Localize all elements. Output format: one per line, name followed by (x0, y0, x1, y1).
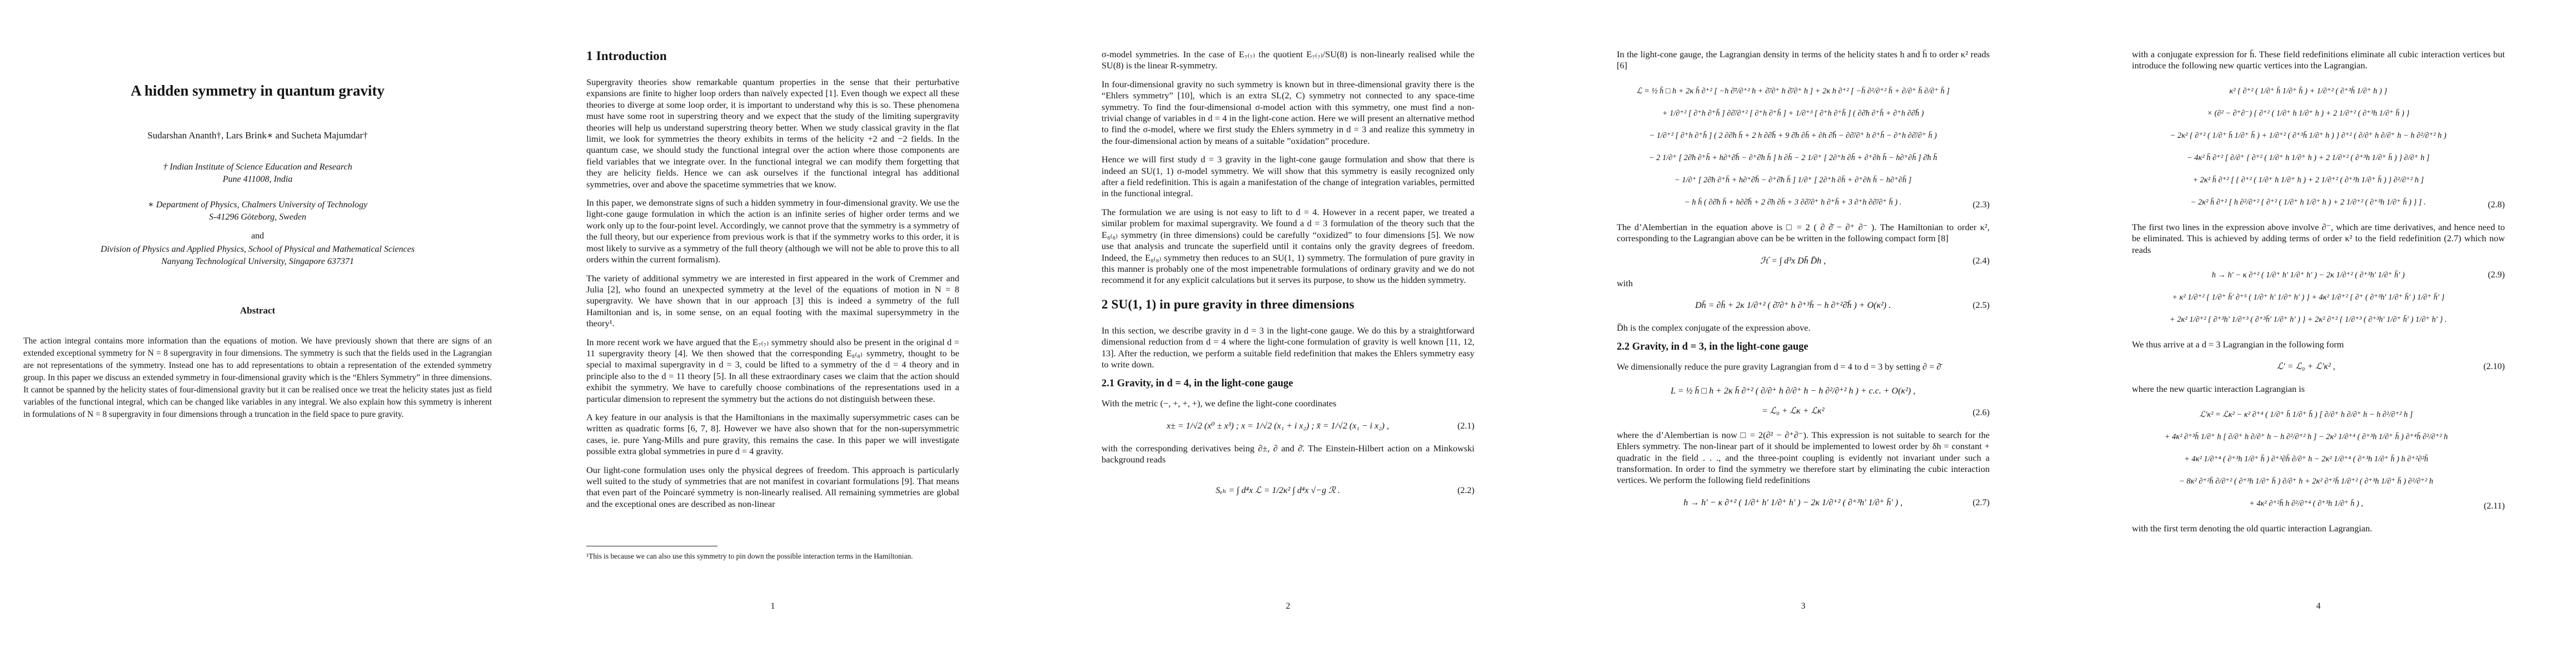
paragraph: Supergravity theories show remarkable qu… (586, 77, 959, 190)
page-title: A hidden symmetry in quantum gravity Sud… (0, 0, 515, 667)
page-section-2: σ-model symmetries. In the case of E₇₍₇₎… (1030, 0, 1546, 667)
paragraph: Our light-cone formulation uses only the… (586, 465, 959, 510)
paragraph: The d’Alembertian in the equation above … (1617, 222, 1990, 245)
paragraph: In the light-cone gauge, the Lagrangian … (1617, 49, 1990, 72)
affiliation-line: Pune 411008, India (0, 173, 515, 186)
abstract-heading: Abstract (0, 305, 515, 316)
paper-strip: arXiv:1808.02498v1 [hep-th] 7 Aug 2018 A… (0, 0, 2576, 667)
equation-body: κ² { ∂⁺² ( 1/∂⁺ h̄ 1/∂⁺ h̄ ) + 1/∂⁺² ( ∂… (2132, 80, 2484, 102)
paragraph: The variety of additional symmetry we ar… (586, 273, 959, 330)
paragraph: In this paper, we demonstrate signs of s… (586, 197, 959, 265)
paragraph: where the new quartic interaction Lagran… (2132, 384, 2505, 395)
equation-body: × (∂² − ∂⁺∂⁻) { ∂⁺² ( 1/∂⁺ h 1/∂⁺ h ) + … (2132, 102, 2484, 125)
equation-body: + 2κ² 1/∂⁺² { ∂⁺³h′ 1/∂⁺³ ( ∂⁺³h̄′ 1/∂⁺ … (2132, 308, 2484, 331)
affiliation-line: † Indian Institute of Science Education … (0, 161, 515, 173)
equation-body: + 1/∂⁺² [ ∂⁺h ∂⁺h̄ ] ∂∂̄/∂⁺² [ ∂⁺h ∂⁺h̄ … (1617, 102, 1969, 125)
paper-title: A hidden symmetry in quantum gravity (0, 82, 515, 99)
affiliation-line: S-41296 Göteborg, Sweden (0, 211, 515, 223)
equation-body: h → h′ − κ ∂⁺² ( 1/∂⁺ h′ 1/∂⁺ h′ ) − 2κ … (2132, 264, 2484, 286)
equation-2-11: ℒ′κ² = ℒκ² − κ² ∂⁺⁴ ( 1/∂⁺ h̄ 1/∂⁺ h̄ ) … (2132, 404, 2505, 515)
equation-body: + 4κ² ∂⁺³h̄ 1/∂⁺ h [ ∂/∂⁺ h ∂/∂⁺ h − h ∂… (2132, 426, 2480, 448)
equation-body: − 1/∂⁺ [ 2∂̄h ∂⁺h̄ + h∂⁺∂̄h̄ − ∂⁺∂̄h h̄ … (1617, 169, 1969, 191)
equation-2-6: L = ½ h̄ □ h + 2κ h̄ ∂⁺² ( ∂/∂⁺ h ∂/∂⁺ h… (1617, 381, 1990, 421)
page-number: 4 (2061, 601, 2576, 611)
equation-body: + κ² 1/∂⁺² { 1/∂⁺ h̄′ ∂⁺⁵ ( 1/∂⁺ h′ 1/∂⁺… (2132, 286, 2484, 308)
affiliation-line: Division of Physics and Applied Physics,… (0, 243, 515, 256)
paragraph: with a conjugate expression for h̄. Thes… (2132, 49, 2505, 72)
equation-number: (2.1) (1457, 418, 1474, 435)
equation-body: + 2κ² h̄ ∂⁺² [ { ∂⁺² ( 1/∂⁺ h 1/∂⁺ h ) +… (2132, 169, 2484, 191)
equation-body: Dh̄ = ∂h̄ + 2κ 1/∂⁺² ( ∂̄/∂⁺ h ∂⁺³h̄ − h… (1617, 297, 1969, 314)
abstract-text: The action integral contains more inform… (23, 335, 492, 421)
paragraph: We dimensionally reduce the pure gravity… (1617, 361, 1990, 372)
equation-number: (2.2) (1457, 482, 1474, 499)
equation-body: ℋ = ∫ d³x Dh̄ D̄h , (1617, 253, 1969, 270)
paragraph: A key feature in our analysis is that th… (586, 412, 959, 457)
affiliation-line: Nanyang Technological University, Singap… (0, 256, 515, 268)
equation-number: (2.3) (1972, 197, 1990, 213)
equation-body: Sₑₕ = ∫ d⁴x ℒ = 1/2κ² ∫ d⁴x √−g ℛ . (1102, 482, 1454, 499)
equation-2-8: κ² { ∂⁺² ( 1/∂⁺ h̄ 1/∂⁺ h̄ ) + 1/∂⁺² ( ∂… (2132, 80, 2505, 213)
equation-body: − 2 1/∂⁺ [ 2∂̄h ∂⁺h̄ + h∂⁺∂̄h̄ − ∂⁺∂̄h h… (1617, 147, 1969, 169)
paragraph: With the metric (−, +, +, +), we define … (1102, 398, 1474, 409)
affiliation-line: ∗ Department of Physics, Chalmers Univer… (0, 199, 515, 211)
equation-body: − 2κ² h̄ ∂⁺² [ h ∂²/∂⁺² { ∂⁺² ( 1/∂⁺ h 1… (2132, 191, 2484, 213)
page-quartic-vertices: with a conjugate expression for h̄. Thes… (2061, 0, 2576, 667)
equation-body: h → h′ − κ ∂⁺² ( 1/∂⁺ h′ 1/∂⁺ h′ ) − 2κ … (1617, 495, 1969, 511)
page-lagrangian: In the light-cone gauge, the Lagrangian … (1546, 0, 2061, 667)
paragraph: D̄h is the complex conjugate of the expr… (1617, 322, 1990, 333)
paragraph: σ-model symmetries. In the case of E₇₍₇₎… (1102, 49, 1474, 72)
equation-body: L = ½ h̄ □ h + 2κ h̄ ∂⁺² ( ∂/∂⁺ h ∂/∂⁺ h… (1617, 381, 1969, 401)
affiliation-chalmers: ∗ Department of Physics, Chalmers Univer… (0, 199, 515, 223)
equation-2-9: h → h′ − κ ∂⁺² ( 1/∂⁺ h′ 1/∂⁺ h′ ) − 2κ … (2132, 264, 2505, 331)
footnote-text: ¹This is because we can also use this sy… (586, 551, 959, 561)
equation-body: − h h̄ ( ∂∂̄h h̄ + h∂∂̄h̄ + 2 ∂̄h ∂h̄ + … (1617, 191, 1969, 213)
equation-2-7: h → h′ − κ ∂⁺² ( 1/∂⁺ h′ 1/∂⁺ h′ ) − 2κ … (1617, 495, 1990, 511)
affiliation-separator: and (0, 230, 515, 242)
equation-number: (2.5) (1972, 297, 1990, 314)
affiliation-ntu: Division of Physics and Applied Physics,… (0, 243, 515, 268)
equation-2-1: x± = 1/√2 (x⁰ ± x³) ; x = 1/√2 (x₁ + i x… (1102, 418, 1474, 435)
equation-2-2: Sₑₕ = ∫ d⁴x ℒ = 1/2κ² ∫ d⁴x √−g ℛ . (2.2… (1102, 482, 1474, 499)
subsection-2-2-heading: 2.2 Gravity, in d = 3, in the light-cone… (1617, 341, 1990, 353)
equation-number: (2.7) (1972, 495, 1990, 511)
page-number: 1 (515, 601, 1030, 611)
with-label: with (1617, 278, 1990, 289)
equation-number: (2.11) (2484, 498, 2505, 515)
equation-number: (2.4) (1972, 253, 1990, 270)
paragraph: In this section, we describe gravity in … (1102, 325, 1474, 371)
section-2-heading: 2 SU(1, 1) in pure gravity in three dime… (1102, 297, 1474, 312)
equation-body: − 2κ² { ∂⁺² ( 1/∂⁺ h̄ 1/∂⁺ h̄ ) + 1/∂⁺² … (2132, 125, 2484, 147)
equation-body: + 4κ² 1/∂⁺⁴ ( ∂⁺³h 1/∂⁺ h̄ ) ∂⁺³∂h̄ ∂/∂⁺… (2132, 448, 2480, 470)
page-number: 3 (1546, 601, 2061, 611)
section-1-heading: 1 Introduction (586, 49, 959, 63)
paragraph: In more recent work we have argued that … (586, 337, 959, 405)
equation-body: − 8κ² ∂⁺²h̄ ∂/∂⁺² ( ∂⁺³h 1/∂⁺ h̄ ) ∂/∂⁺ … (2132, 470, 2480, 492)
paragraph: with the corresponding derivatives being… (1102, 443, 1474, 466)
equation-2-4: ℋ = ∫ d³x Dh̄ D̄h , (2.4) (1617, 253, 1990, 270)
equation-number: (2.9) (2488, 264, 2505, 286)
page-number: 2 (1030, 601, 1546, 611)
equation-body: + 4κ² ∂⁺²h̄ h ∂²/∂⁺⁴ ( ∂⁺³h 1/∂⁺ h̄ ) , (2132, 492, 2480, 515)
equation-number: (2.8) (2488, 197, 2505, 213)
subsection-2-1-heading: 2.1 Gravity, in d = 4, in the light-cone… (1102, 378, 1474, 390)
paragraph: The formulation we are using is not easy… (1102, 207, 1474, 286)
authors-line: Sudarshan Ananth†, Lars Brink∗ and Suche… (0, 130, 515, 141)
paragraph: In four-dimensional gravity no such symm… (1102, 79, 1474, 147)
paragraph: Hence we will first study d = 3 gravity … (1102, 154, 1474, 200)
paragraph: where the d’Alembertian is now □ = 2(∂² … (1617, 430, 1990, 486)
equation-2-10: ℒ′ = ℒ₀ + ℒ′κ² , (2.10) (2132, 359, 2505, 375)
equation-body: ℒ′κ² = ℒκ² − κ² ∂⁺⁴ ( 1/∂⁺ h̄ 1/∂⁺ h̄ ) … (2132, 404, 2480, 426)
page-introduction: 1 Introduction Supergravity theories sho… (515, 0, 1030, 667)
equation-body: ℒ′ = ℒ₀ + ℒ′κ² , (2132, 359, 2480, 375)
equation-body: x± = 1/√2 (x⁰ ± x³) ; x = 1/√2 (x₁ + i x… (1102, 418, 1454, 435)
paragraph: The first two lines in the expression ab… (2132, 222, 2505, 256)
paragraph: We thus arrive at a d = 3 Lagrangian in … (2132, 339, 2505, 350)
equation-2-5: Dh̄ = ∂h̄ + 2κ 1/∂⁺² ( ∂̄/∂⁺ h ∂⁺³h̄ − h… (1617, 297, 1990, 314)
footnote-rule (586, 546, 718, 546)
equation-number: (2.10) (2483, 359, 2505, 375)
equation-body: = ℒ₀ + ℒκ + ℒκ² (1617, 401, 1969, 421)
paragraph: with the first term denoting the old qua… (2132, 523, 2505, 534)
equation-body: ℒ = ½ h̄ □ h + 2κ h̄ ∂⁺² [ −h ∂̄²/∂⁺² h … (1617, 80, 1969, 102)
equation-2-3: ℒ = ½ h̄ □ h + 2κ h̄ ∂⁺² [ −h ∂̄²/∂⁺² h … (1617, 80, 1990, 213)
affiliation-iiser: † Indian Institute of Science Education … (0, 161, 515, 186)
equation-body: − 4κ² h̄ ∂⁺² [ ∂/∂⁺ { ∂⁺² ( 1/∂⁺ h 1/∂⁺ … (2132, 147, 2484, 169)
equation-body: − 1/∂⁺² [ ∂⁺h ∂⁺h̄ ] ( 2 ∂∂̄h h̄ + 2 h ∂… (1617, 125, 1969, 147)
equation-number: (2.6) (1972, 405, 1990, 421)
